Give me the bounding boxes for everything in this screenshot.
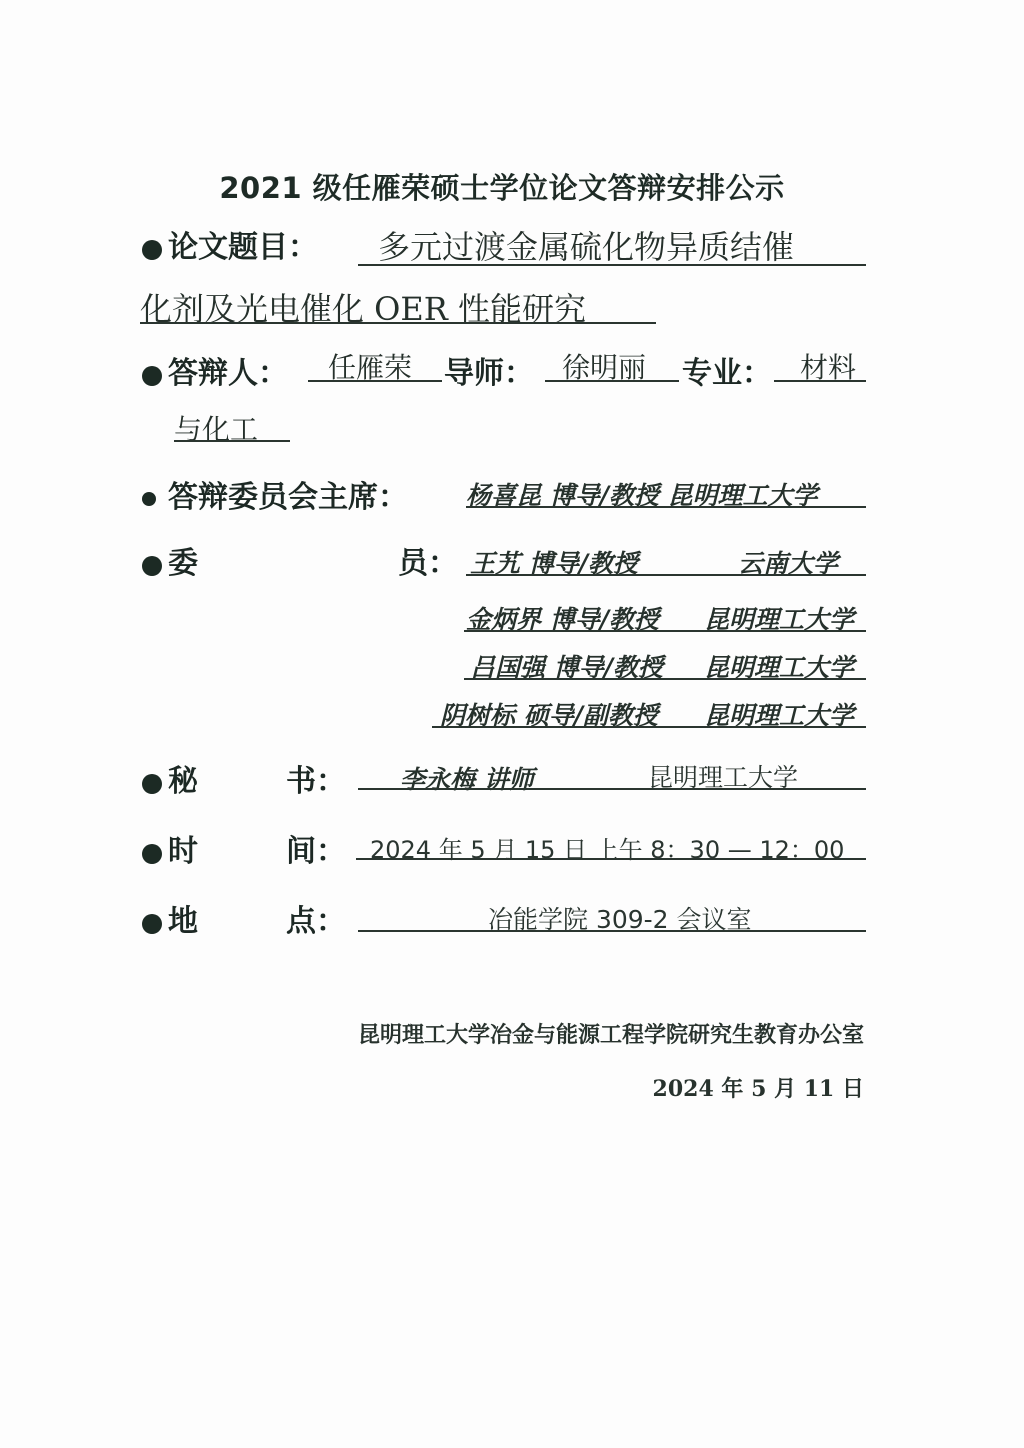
defender-row: 答辩人： <box>142 348 288 392</box>
underline <box>545 380 679 382</box>
underline <box>358 264 866 266</box>
underline <box>466 574 866 576</box>
chair-row: 答辩委员会主席： <box>142 472 408 516</box>
thesis-title-line1: 多元过渡金属硫化物异质结催 <box>378 222 794 268</box>
underline <box>464 678 866 680</box>
members-label-b: 员： <box>398 538 458 582</box>
advisor-label: 导师： <box>444 348 534 392</box>
place-label-a: 地 <box>168 904 198 939</box>
underline <box>358 930 866 932</box>
time-row: 时 <box>142 826 198 870</box>
bullet-icon <box>142 240 162 260</box>
secretary-label-b: 书： <box>286 756 346 800</box>
place-row: 地 <box>142 896 198 940</box>
issuing-office: 昆明理工大学冶金与能源工程学院研究生教育办公室 <box>358 1018 864 1049</box>
underline <box>174 440 290 442</box>
secretary-name: 李永梅 讲师 <box>400 760 534 796</box>
underline <box>308 380 442 382</box>
chair-label: 答辩委员会主席： <box>168 480 408 515</box>
secretary-row: 秘 <box>142 756 198 800</box>
bullet-icon <box>142 844 162 864</box>
bullet-icon <box>142 556 162 576</box>
page-title: 2021 级任雁荣硕士学位论文答辩安排公示 <box>0 166 1004 207</box>
thesis-row: 论文题目： <box>142 222 318 266</box>
major-label: 专业： <box>682 348 772 392</box>
underline <box>464 630 866 632</box>
members-row: 委 <box>142 538 198 582</box>
thesis-label: 论文题目： <box>168 230 318 265</box>
underline <box>140 322 656 324</box>
underline <box>774 380 866 382</box>
underline <box>358 788 866 790</box>
members-label-a: 委 <box>168 546 198 581</box>
time-label-b: 间： <box>286 826 346 870</box>
bullet-icon <box>142 492 156 506</box>
issue-date: 2024 年 5 月 11 日 <box>653 1072 864 1103</box>
time-label-a: 时 <box>168 834 198 869</box>
defender-label: 答辩人： <box>168 356 288 391</box>
underline <box>356 858 866 860</box>
secretary-label-a: 秘 <box>168 764 198 799</box>
major-line2: 与化工 <box>174 408 258 448</box>
bullet-icon <box>142 366 162 386</box>
underline <box>466 506 866 508</box>
underline <box>432 726 866 728</box>
place-label-b: 点： <box>286 896 346 940</box>
bullet-icon <box>142 774 162 794</box>
bullet-icon <box>142 914 162 934</box>
